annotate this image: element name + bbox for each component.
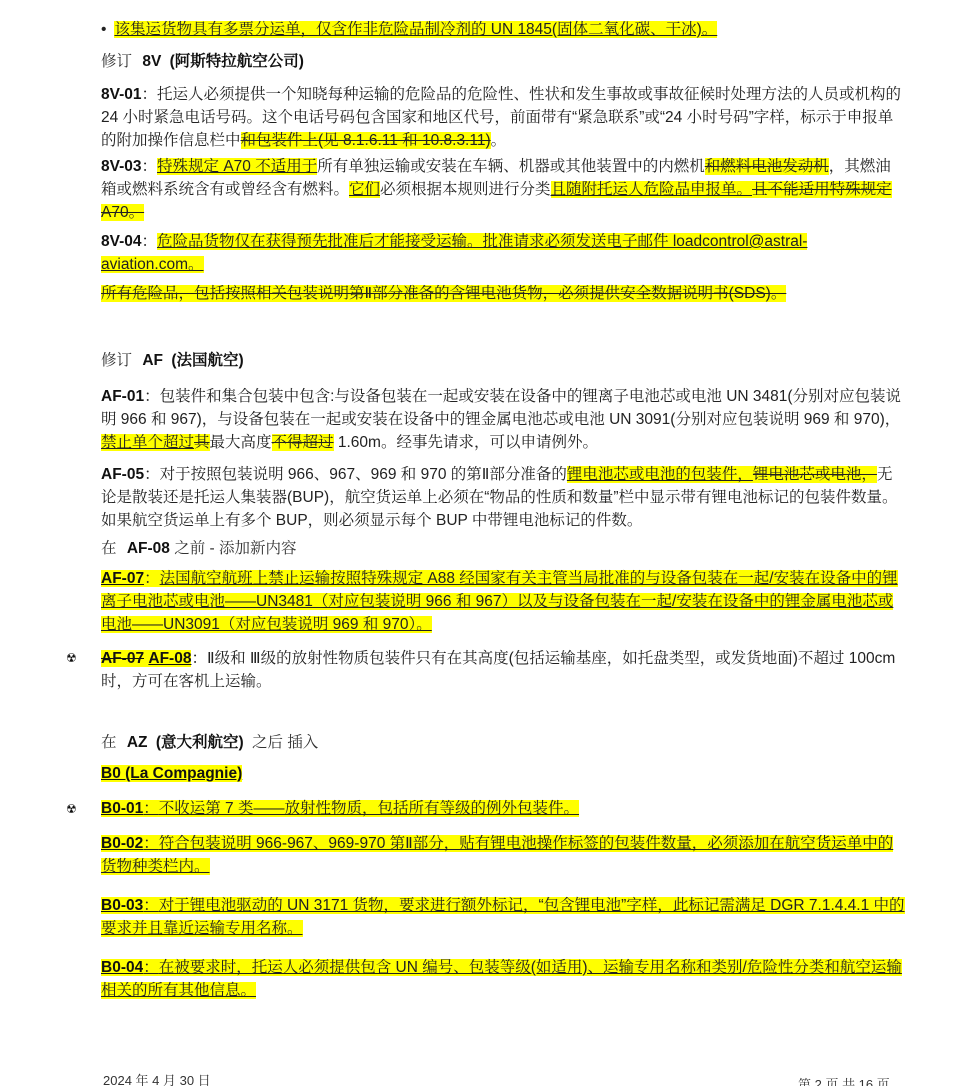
bullet-marker: • xyxy=(101,21,106,38)
clause-8v-03: 8V-03：特殊规定 A70 不适用于所有单独运输或安装在车辆、机器或其他装置中… xyxy=(101,155,905,224)
clause-id: AF-07 xyxy=(101,570,144,587)
deleted-clause-id: AF-07 xyxy=(101,650,144,667)
clause-af-07: AF-07：法国航空航班上禁止运输按照特殊规定 A88 经国家有关主管当局批准的… xyxy=(101,567,905,636)
clause-id: B0-01 xyxy=(101,800,143,817)
section-title-b0: B0 (La Compagnie) xyxy=(101,762,905,785)
airline-name: (法国航空) xyxy=(171,352,243,369)
instruction-before-af-08: 在 AF-08 之前 - 添加新内容 xyxy=(101,537,297,560)
clause-text: Ⅱ级和 Ⅲ级的放射性物质包装件只有在其高度(包括运输基座，如托盘类型，或发货地面… xyxy=(101,650,895,690)
footer-date: 2024 年 4 月 30 日 xyxy=(103,1070,211,1086)
inserted-text: 禁止单个超过 xyxy=(101,434,194,451)
inserted-text: 不收运第 7 类——放射性物质，包括所有等级的例外包装件。 xyxy=(159,800,579,817)
deleted-text: 不得超过 xyxy=(272,434,334,451)
inserted-text: 法国航空航班上禁止运输按照特殊规定 A88 经国家有关主管当局批准的与设备包装在… xyxy=(101,570,898,633)
clause-id: AF-01 xyxy=(101,388,144,405)
clause-b0-04: B0-04：在被要求时，托运人必须提供包含 UN 编号、包装等级(如适用)、运输… xyxy=(101,956,905,1002)
document-page: •该集运货物具有多票分运单，仅含作非危险品制冷剂的 UN 1845(固体二氧化碳… xyxy=(0,0,975,1086)
clause-id: B0-04 xyxy=(101,959,143,976)
deleted-text: 所有危险品，包括按照相关包装说明第Ⅱ部分准备的含锂电池货物，必须提供安全数据说明… xyxy=(101,285,786,302)
clause-b0-02: B0-02：符合包装说明 966-967、969-970 第Ⅱ部分，贴有锂电池操… xyxy=(101,832,905,878)
inserted-text: 对于锂电池驱动的 UN 3171 货物，要求进行额外标记，“包含锂电池”字样，此… xyxy=(101,897,905,937)
clause-id: 8V-03 xyxy=(101,158,142,175)
clause-af-05: AF-05：对于按照包装说明 966、967、969 和 970 的第Ⅱ部分准备… xyxy=(101,463,905,532)
clause-id: 8V-01 xyxy=(101,86,142,103)
clause-id: 8V-04 xyxy=(101,233,142,250)
clause-af-01: AF-01：包装件和集合包装中包含:与设备包装在一起或安装在设备中的锂离子电池芯… xyxy=(101,385,905,454)
section-heading-af: 修订 AF (法国航空) xyxy=(101,349,244,372)
inserted-text: 在被要求时，托运人必须提供包含 UN 编号、包装等级(如适用)、运输专用名称和类… xyxy=(101,959,902,999)
radioactive-icon: ☢ xyxy=(66,652,78,664)
clause-b0-03: B0-03：对于锂电池驱动的 UN 3171 货物，要求进行额外标记，“包含锂电… xyxy=(101,894,905,940)
clause-8v-04: 8V-04：危险品货物仅在获得预先批准后才能接受运输。批准请求必须发送电子邮件 … xyxy=(101,230,905,276)
clause-id: AF-05 xyxy=(101,466,144,483)
section-heading-8v: 修订 8V (阿斯特拉航空公司) xyxy=(101,50,304,73)
deleted-text: 和燃料电池发动机 xyxy=(705,158,829,175)
inserted-text: 危险品货物仅在获得预先批准后才能接受运输。批准请求必须发送电子邮件 loadco… xyxy=(101,233,807,273)
deleted-text: 锂电池芯或电池， xyxy=(753,466,877,483)
deleted-text: 和包装件上(见 8.1.6.11 和 10.8.3.11) xyxy=(241,132,491,149)
airline-code: AF xyxy=(142,352,163,369)
radioactive-icon: ☢ xyxy=(66,803,78,815)
airline-name: (阿斯特拉航空公司) xyxy=(170,53,304,70)
airline-code: 8V xyxy=(142,53,161,70)
footer-page-number: 第 2 页 共 16 页 xyxy=(798,1074,890,1086)
inserted-text: 它们 xyxy=(349,181,380,198)
deleted-text: 其 xyxy=(194,434,210,451)
clause-af-08: AF-07 AF-08：Ⅱ级和 Ⅲ级的放射性物质包装件只有在其高度(包括运输基座… xyxy=(101,647,905,693)
clause-b0-01: B0-01：不收运第 7 类——放射性物质，包括所有等级的例外包装件。 xyxy=(101,797,905,820)
inserted-clause-id: AF-08 xyxy=(148,650,191,667)
inserted-text: 锂电池芯或电池的包装件， xyxy=(567,466,753,483)
bullet-text: 该集运货物具有多票分运单，仅含作非危险品制冷剂的 UN 1845(固体二氧化碳、… xyxy=(114,21,717,38)
bullet-item: •该集运货物具有多票分运单，仅含作非危险品制冷剂的 UN 1845(固体二氧化碳… xyxy=(101,18,905,41)
instruction-insert-after-az: 在 AZ (意大利航空) 之后 插入 xyxy=(101,731,318,754)
inserted-text: 且随附托运人危险品申报单。 xyxy=(551,181,753,198)
clause-8v-01: 8V-01：托运人必须提供一个知晓每种运输的危险品的危险性、性状和发生事故或事故… xyxy=(101,83,905,152)
inserted-text: 特殊规定 A70 不适用于 xyxy=(157,158,317,175)
inserted-text: 符合包装说明 966-967、969-970 第Ⅱ部分，贴有锂电池操作标签的包装… xyxy=(101,835,893,875)
clause-id: B0-03 xyxy=(101,897,143,914)
deleted-paragraph-sds: 所有危险品，包括按照相关包装说明第Ⅱ部分准备的含锂电池货物，必须提供安全数据说明… xyxy=(101,282,905,305)
clause-id: B0-02 xyxy=(101,835,143,852)
